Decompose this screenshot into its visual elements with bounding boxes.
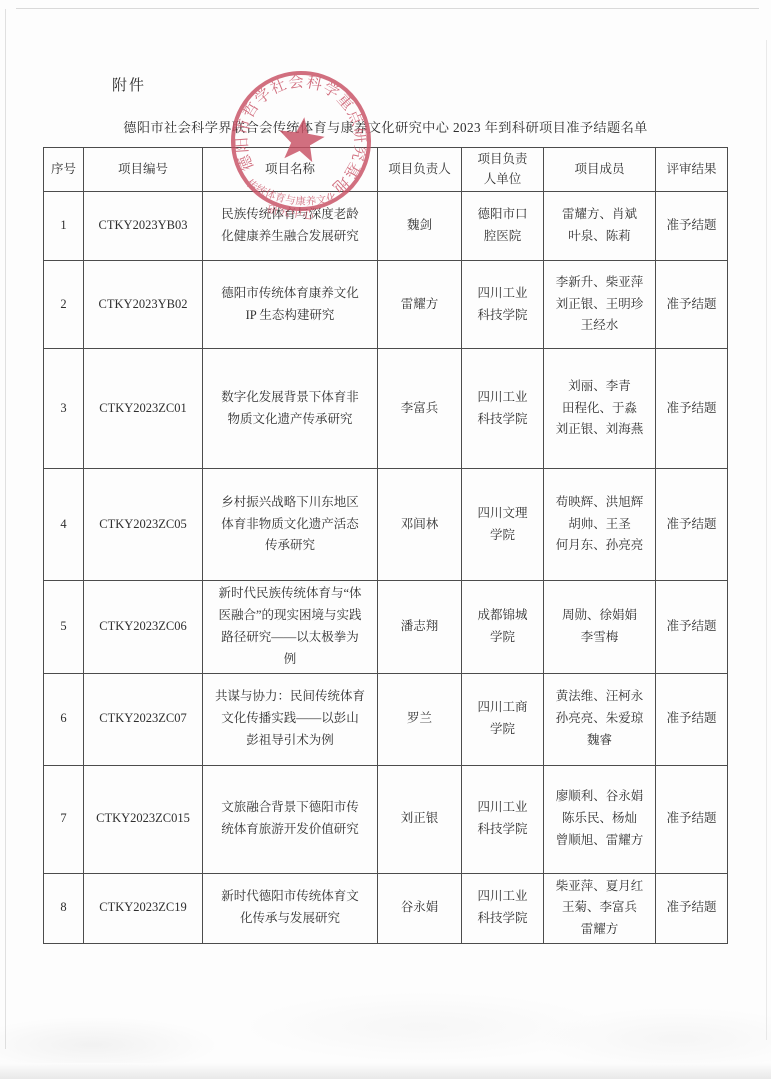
- cell-project-leader: 刘正银: [378, 765, 462, 873]
- cell-project-members: 黄法维、汪柯永 孙亮亮、朱爱琼 魏睿: [544, 673, 656, 765]
- table-row: 8 CTKY2023ZC19 新时代德阳市传统体育文 化传承与发展研究 谷永娟 …: [44, 873, 728, 944]
- cell-project-name: 德阳市传统体育康养文化 IP 生态构建研究: [203, 261, 378, 349]
- cell-project-code: CTKY2023ZC06: [84, 581, 203, 674]
- cell-leader-unit: 四川工业 科技学院: [462, 873, 544, 944]
- header-project-members: 项目成员: [544, 148, 656, 192]
- cell-project-members: 周勋、徐娟娟 李雪梅: [544, 581, 656, 674]
- cell-review-result: 准予结题: [656, 765, 728, 873]
- cell-serial-no: 2: [44, 261, 84, 349]
- cell-serial-no: 5: [44, 581, 84, 674]
- header-serial-no: 序号: [44, 148, 84, 192]
- cell-leader-unit: 四川工商 学院: [462, 673, 544, 765]
- cell-project-leader: 邓闾林: [378, 469, 462, 581]
- cell-project-code: CTKY2023ZC015: [84, 765, 203, 873]
- cell-project-leader: 雷耀方: [378, 261, 462, 349]
- cell-leader-unit: 德阳市口 腔医院: [462, 192, 544, 261]
- scan-artifact-top-line: [16, 8, 759, 9]
- cell-project-members: 雷耀方、肖斌 叶泉、陈莉: [544, 192, 656, 261]
- cell-review-result: 准予结题: [656, 349, 728, 469]
- attachment-label: 附件: [112, 74, 146, 95]
- scan-artifact-bottom-mottle: [0, 949, 771, 1069]
- cell-project-code: CTKY2023ZC07: [84, 673, 203, 765]
- cell-project-leader: 李富兵: [378, 349, 462, 469]
- cell-project-name: 新时代德阳市传统体育文 化传承与发展研究: [203, 873, 378, 944]
- cell-serial-no: 4: [44, 469, 84, 581]
- cell-serial-no: 7: [44, 765, 84, 873]
- cell-leader-unit: 四川工业 科技学院: [462, 765, 544, 873]
- cell-serial-no: 3: [44, 349, 84, 469]
- cell-project-code: CTKY2023ZC05: [84, 469, 203, 581]
- cell-project-leader: 潘志翔: [378, 581, 462, 674]
- cell-project-leader: 罗兰: [378, 673, 462, 765]
- cell-review-result: 准予结题: [656, 581, 728, 674]
- header-project-leader: 项目负责人: [378, 148, 462, 192]
- project-approval-table: 序号 项目编号 项目名称 项目负责人 项目负责 人单位 项目成员 评审结果 1 …: [43, 147, 728, 944]
- table-row: 1 CTKY2023YB03 民族传统体育与深度老龄 化健康养生融合发展研究 魏…: [44, 192, 728, 261]
- table-row: 6 CTKY2023ZC07 共谋与协力：民间传统体育 文化传播实践——以彭山 …: [44, 673, 728, 765]
- cell-project-members: 刘丽、李青 田程化、于淼 刘正银、刘海燕: [544, 349, 656, 469]
- cell-project-code: CTKY2023ZC01: [84, 349, 203, 469]
- cell-serial-no: 6: [44, 673, 84, 765]
- cell-review-result: 准予结题: [656, 261, 728, 349]
- scan-artifact-left-line: [5, 9, 6, 1049]
- cell-project-leader: 魏剑: [378, 192, 462, 261]
- cell-review-result: 准予结题: [656, 469, 728, 581]
- cell-review-result: 准予结题: [656, 192, 728, 261]
- table-row: 2 CTKY2023YB02 德阳市传统体育康养文化 IP 生态构建研究 雷耀方…: [44, 261, 728, 349]
- cell-project-members: 李新升、柴亚萍 刘正银、王明珍 王经水: [544, 261, 656, 349]
- cell-project-leader: 谷永娟: [378, 873, 462, 944]
- cell-project-name: 数字化发展背景下体育非 物质文化遗产传承研究: [203, 349, 378, 469]
- scan-artifact-bottom-shade: [0, 1063, 771, 1079]
- cell-project-members: 柴亚萍、夏月红 王菊、李富兵 雷耀方: [544, 873, 656, 944]
- cell-review-result: 准予结题: [656, 673, 728, 765]
- cell-leader-unit: 四川工业 科技学院: [462, 349, 544, 469]
- scan-artifact-right-line: [766, 40, 767, 1040]
- scanned-document-page: 附件 德阳市社会科学界联合会传统体育与康养文化研究中心 2023 年到科研项目准…: [0, 0, 771, 1079]
- table-row: 3 CTKY2023ZC01 数字化发展背景下体育非 物质文化遗产传承研究 李富…: [44, 349, 728, 469]
- cell-project-name: 乡村振兴战略下川东地区 体育非物质文化遗产活态 传承研究: [203, 469, 378, 581]
- cell-project-members: 廖顺利、谷永娟 陈乐民、杨灿 曾顺旭、雷耀方: [544, 765, 656, 873]
- cell-project-code: CTKY2023YB02: [84, 261, 203, 349]
- cell-project-name: 民族传统体育与深度老龄 化健康养生融合发展研究: [203, 192, 378, 261]
- header-project-name: 项目名称: [203, 148, 378, 192]
- table-row: 7 CTKY2023ZC015 文旅融合背景下德阳市传 统体育旅游开发价值研究 …: [44, 765, 728, 873]
- cell-leader-unit: 四川工业 科技学院: [462, 261, 544, 349]
- cell-project-members: 苟映辉、洪旭辉 胡帅、王圣 何月东、孙亮亮: [544, 469, 656, 581]
- cell-leader-unit: 四川文理 学院: [462, 469, 544, 581]
- cell-project-code: CTKY2023ZC19: [84, 873, 203, 944]
- header-review-result: 评审结果: [656, 148, 728, 192]
- table-header-row: 序号 项目编号 项目名称 项目负责人 项目负责 人单位 项目成员 评审结果: [44, 148, 728, 192]
- cell-serial-no: 8: [44, 873, 84, 944]
- cell-project-name: 新时代民族传统体育与“体 医融合”的现实困境与实践 路径研究——以太极拳为 例: [203, 581, 378, 674]
- cell-review-result: 准予结题: [656, 873, 728, 944]
- header-project-code: 项目编号: [84, 148, 203, 192]
- header-leader-unit: 项目负责 人单位: [462, 148, 544, 192]
- cell-project-name: 共谋与协力：民间传统体育 文化传播实践——以彭山 彭祖导引术为例: [203, 673, 378, 765]
- cell-leader-unit: 成都锦城 学院: [462, 581, 544, 674]
- cell-serial-no: 1: [44, 192, 84, 261]
- cell-project-name: 文旅融合背景下德阳市传 统体育旅游开发价值研究: [203, 765, 378, 873]
- table-row: 5 CTKY2023ZC06 新时代民族传统体育与“体 医融合”的现实困境与实践…: [44, 581, 728, 674]
- document-title: 德阳市社会科学界联合会传统体育与康养文化研究中心 2023 年到科研项目准予结题…: [0, 117, 771, 136]
- cell-project-code: CTKY2023YB03: [84, 192, 203, 261]
- table-row: 4 CTKY2023ZC05 乡村振兴战略下川东地区 体育非物质文化遗产活态 传…: [44, 469, 728, 581]
